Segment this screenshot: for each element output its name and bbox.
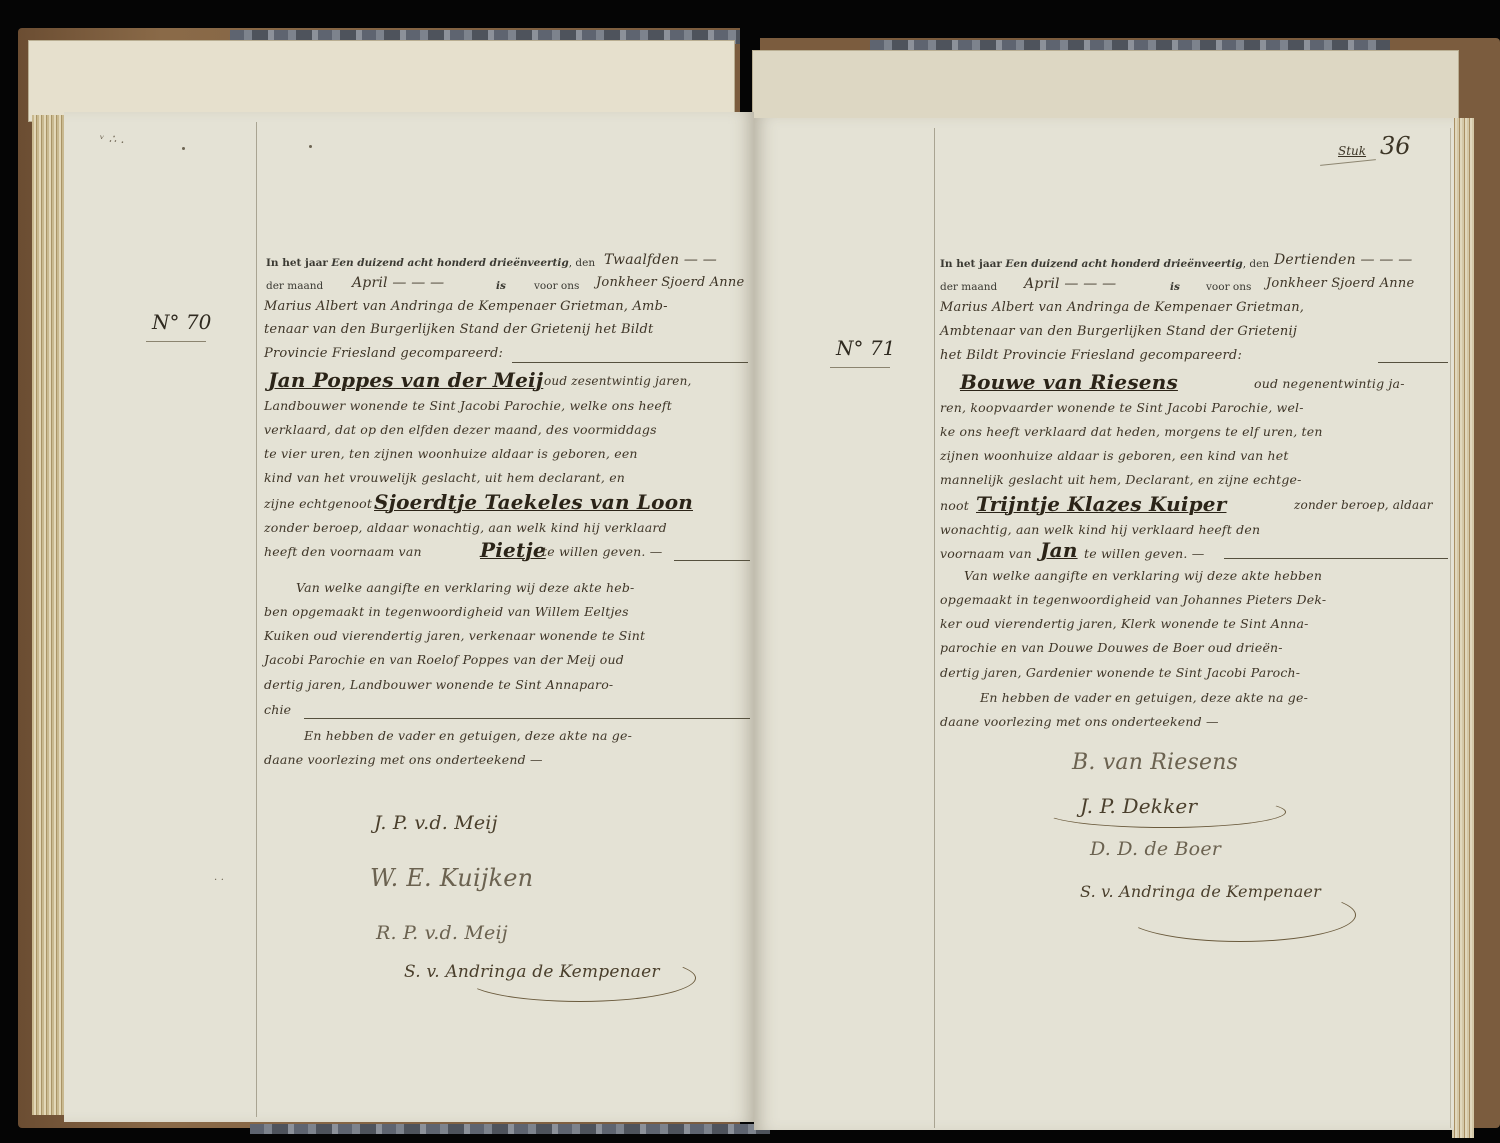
printed-is: is	[496, 280, 506, 292]
text-line: te willen geven. —	[1084, 546, 1204, 561]
printed-line-1: In het jaar Een duizend acht honderd dri…	[266, 257, 595, 269]
text-line: zijne echtgenoot	[264, 496, 372, 511]
text-line: zijnen woonhuize aldaar is geboren, een …	[940, 448, 1289, 463]
text-line: Landbouwer wonende te Sint Jacobi Paroch…	[264, 398, 672, 413]
page-edges-right	[1452, 118, 1474, 1138]
text-line: mannelijk geslacht uit hem, Declarant, e…	[940, 472, 1302, 487]
text-line: heeft den voornaam van	[264, 544, 422, 559]
text-line: En hebben de vader en getuigen, deze akt…	[980, 690, 1308, 705]
margin-dots: . .	[214, 872, 224, 883]
text-line: te willen geven. —	[542, 544, 662, 559]
margin-rule	[256, 122, 257, 1117]
right-page: Stuk 36 N° 71 In het jaar Een duizend ac…	[754, 118, 1454, 1130]
mother-name: Trijntje Klazes Kuiper	[976, 492, 1226, 516]
text-line: ben opgemaakt in tegenwoordigheid van Wi…	[264, 604, 629, 619]
text-line: En hebben de vader en getuigen, deze akt…	[304, 728, 632, 743]
signature-father: B. van Riesens	[1072, 750, 1238, 775]
printed-line-1: In het jaar Een duizend acht honderd dri…	[940, 258, 1269, 270]
signature-witness-2: R. P. v.d. Meij	[376, 922, 508, 944]
text-line: daane voorlezing met ons onderteekend —	[264, 752, 543, 767]
printed-line-2: der maand	[940, 281, 997, 293]
corner-marks: ᵛ ∴ .	[100, 132, 125, 146]
declarant-name: Bouwe van Riesens	[960, 370, 1178, 394]
day-field: Dertienden — — —	[1274, 252, 1412, 268]
month-field: April — — —	[1024, 276, 1116, 292]
signature-flourish	[1044, 796, 1286, 828]
text-line: ren, koopvaarder wonende te Sint Jacobi …	[940, 400, 1304, 415]
page-label: Stuk	[1338, 144, 1366, 158]
printed-voor-ons: voor ons	[1206, 281, 1251, 293]
text-line: opgemaakt in tegenwoordigheid van Johann…	[940, 592, 1326, 607]
child-name: Pietje	[480, 538, 546, 562]
marbled-board-bottom	[250, 1124, 770, 1134]
printed-is: is	[1170, 281, 1180, 293]
declarant-name: Jan Poppes van der Meij	[268, 368, 543, 392]
signature-witness-2: D. D. de Boer	[1090, 838, 1221, 860]
text-line: ke ons heeft verklaard dat heden, morgen…	[940, 424, 1323, 439]
child-name: Jan	[1040, 538, 1078, 562]
official-name-1: Jonkheer Sjoerd Anne	[596, 275, 744, 290]
act-number: N° 71	[836, 336, 895, 360]
text-line: Van welke aangifte en verklaring wij dez…	[964, 568, 1322, 583]
flyleaf-right	[752, 50, 1459, 122]
act-number: N° 70	[152, 310, 211, 334]
page-number: 36	[1380, 132, 1411, 160]
text-line: chie	[264, 702, 291, 717]
official-name-1: Jonkheer Sjoerd Anne	[1266, 276, 1414, 291]
signature-flourish	[1124, 888, 1356, 942]
text-line: noot	[940, 498, 969, 513]
text-line: Kuiken oud vierendertig jaren, verkenaar…	[264, 628, 645, 643]
signature-flourish	[464, 954, 696, 1002]
flyleaf-left	[28, 40, 735, 122]
signature-father: J. P. v.d. Meij	[374, 812, 498, 834]
text-line: te vier uren, ten zijnen woonhuize aldaa…	[264, 446, 638, 461]
printed-voor-ons: voor ons	[534, 280, 579, 292]
text-line: Jacobi Parochie en van Roelof Poppes van…	[264, 652, 624, 667]
text-line: zonder beroep, aldaar	[1294, 498, 1433, 512]
left-page: ᵛ ∴ . N° 70 In het jaar Een duizend acht…	[64, 112, 754, 1122]
page-edges-left	[32, 115, 64, 1115]
text-line: Marius Albert van Andringa de Kempenaer …	[264, 299, 668, 314]
mother-name: Sjoerdtje Taekeles van Loon	[374, 490, 693, 514]
text-line: wonachtig, aan welk kind hij verklaard h…	[940, 522, 1260, 537]
text-line: het Bildt Provincie Friesland gecomparee…	[940, 348, 1242, 363]
text-line: Van welke aangifte en verklaring wij dez…	[296, 580, 634, 595]
signature-witness-1: W. E. Kuijken	[370, 864, 533, 892]
text-line: voornaam van	[940, 546, 1032, 561]
text-line: Provincie Friesland gecompareerd:	[264, 346, 503, 361]
printed-line-2: der maand	[266, 280, 323, 292]
text-line: kind van het vrouwelijk geslacht, uit he…	[264, 470, 625, 485]
text-line: parochie en van Douwe Douwes de Boer oud…	[940, 640, 1283, 655]
text-line: oud negenentwintig ja-	[1254, 376, 1405, 391]
text-line: Ambtenaar van den Burgerlijken Stand der…	[940, 324, 1297, 339]
text-line: ker oud vierendertig jaren, Klerk wonend…	[940, 616, 1309, 631]
day-field: Twaalfden — —	[604, 252, 717, 268]
margin-rule	[934, 128, 935, 1128]
text-line: Marius Albert van Andringa de Kempenaer …	[940, 300, 1304, 315]
text-line: oud zesentwintig jaren,	[544, 374, 692, 388]
text-line: daane voorlezing met ons onderteekend —	[940, 714, 1219, 729]
text-line: dertig jaren, Landbouwer wonende te Sint…	[264, 677, 613, 692]
month-field: April — — —	[352, 275, 444, 291]
text-line: dertig jaren, Gardenier wonende te Sint …	[940, 665, 1300, 680]
text-line: zonder beroep, aldaar wonachtig, aan wel…	[264, 520, 667, 535]
text-line: tenaar van den Burgerlijken Stand der Gr…	[264, 322, 653, 337]
text-line: verklaard, dat op den elfden dezer maand…	[264, 422, 657, 437]
